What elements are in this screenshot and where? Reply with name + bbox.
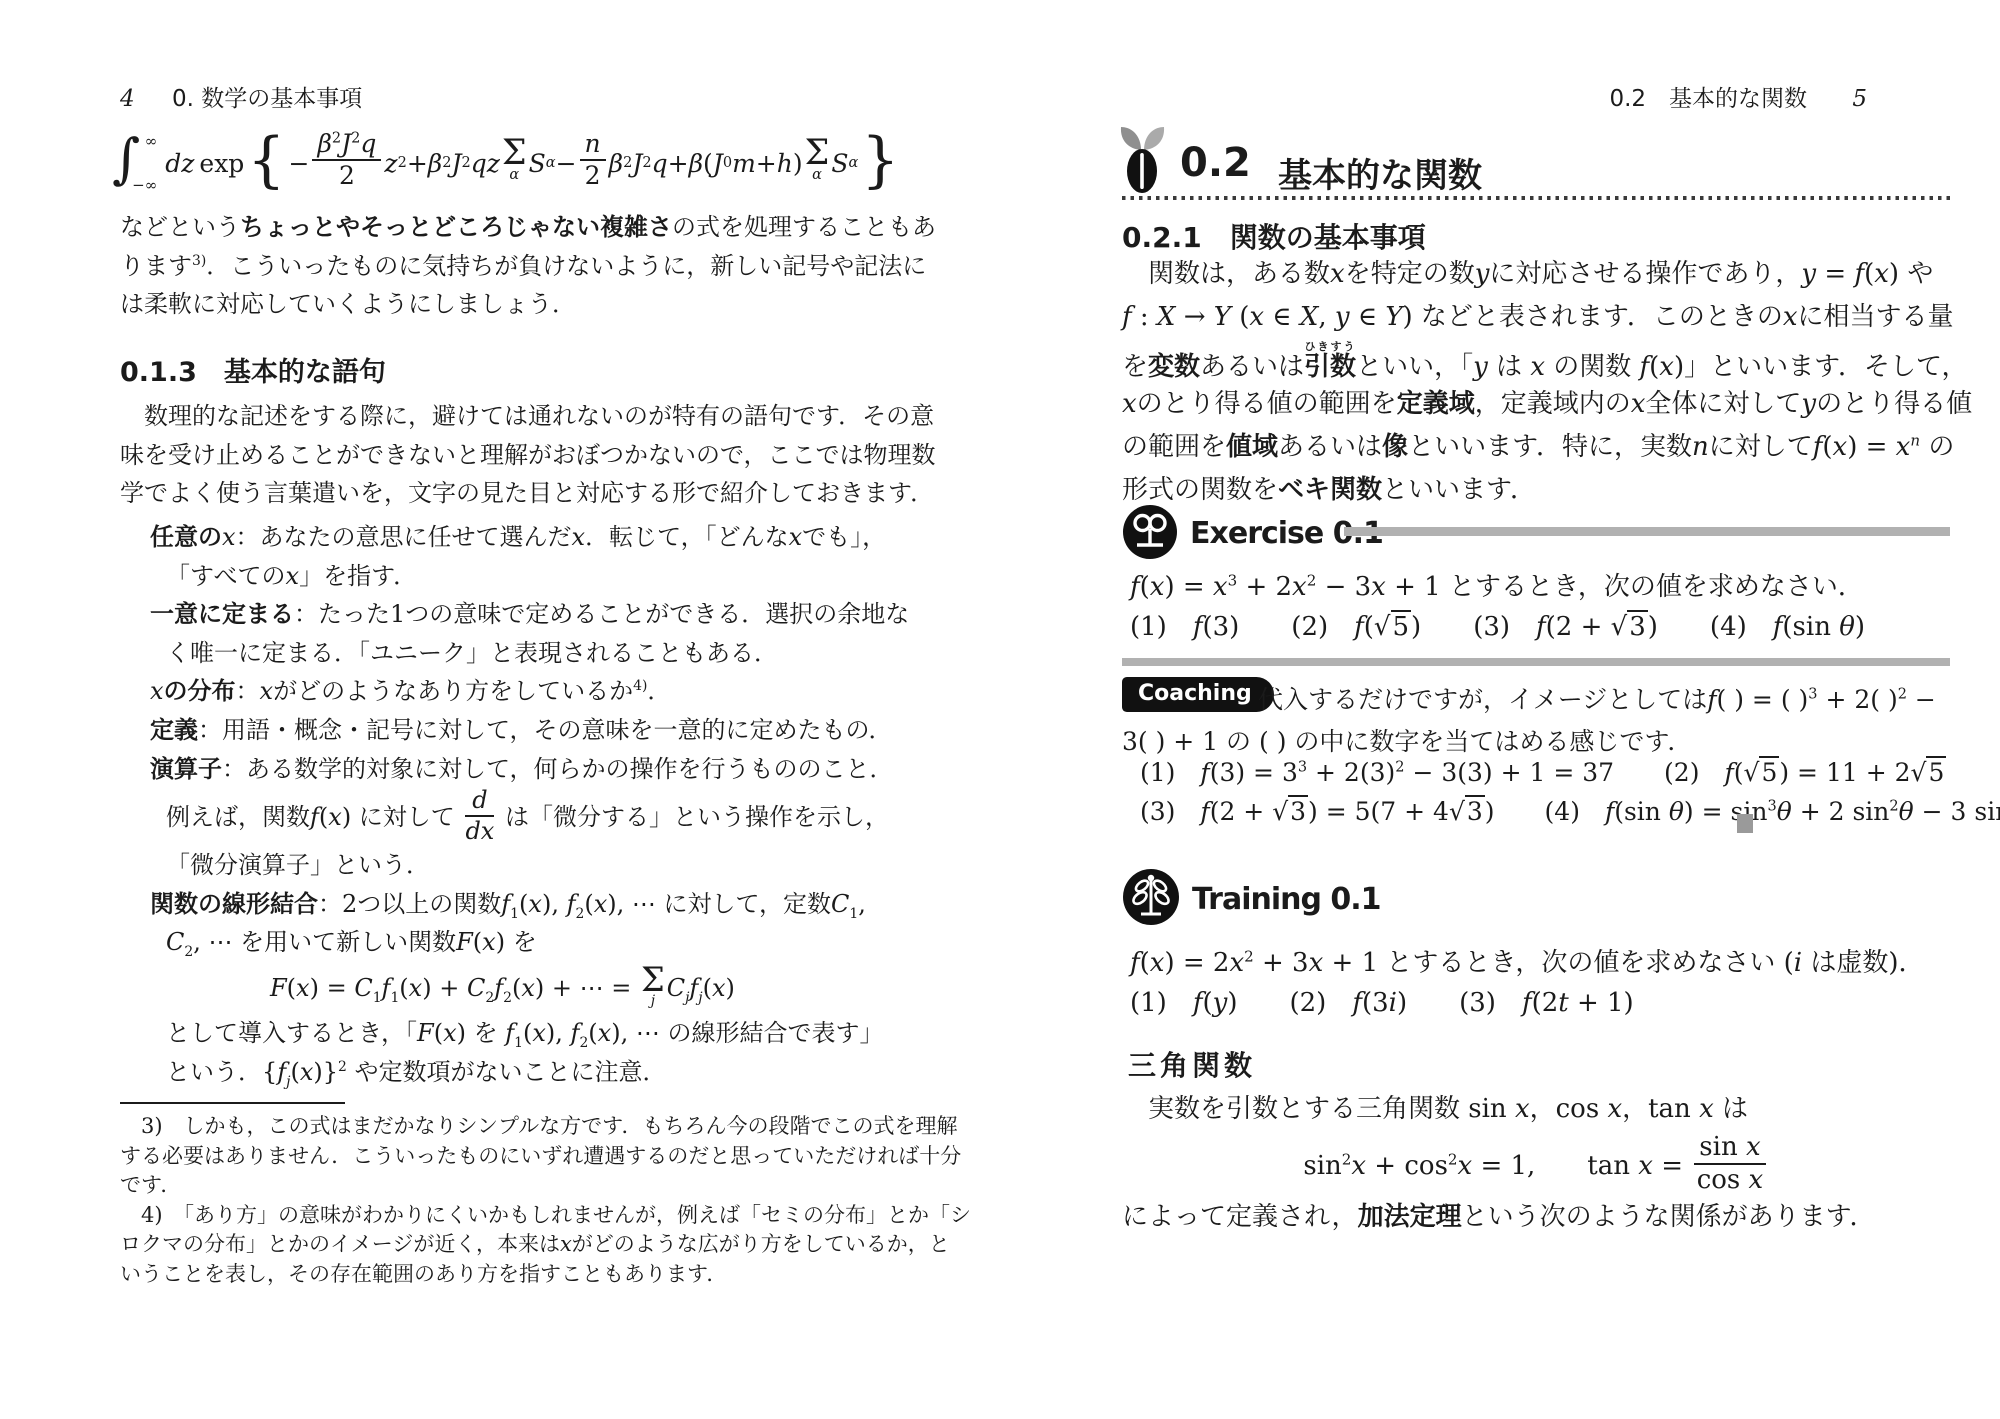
- section-dotted-rule: [1122, 196, 1950, 200]
- definition-list: 任意のx：あなたの意思に任せて選んだx．転じて，「どんなxでも」， 「すべてのx…: [120, 518, 909, 1091]
- coaching-pill: Coaching: [1122, 677, 1274, 712]
- section-number: 0.2: [1180, 140, 1251, 186]
- footnote-line: 3) しかも，この式はまだかなりシンプルな方です．もちろん今の段階でこの式を理解: [120, 1112, 971, 1142]
- paragraph-terms-intro: 数理的な記述をする際に，避けては通れないのが特有の語句です．その意 味を受け止め…: [120, 397, 936, 513]
- text-line: 関数は，ある数xを特定の数yに対応させる操作であり，y = f(x) や: [1122, 253, 1972, 296]
- running-head-right: 0.2 基本的な関数 5: [1609, 80, 1867, 113]
- training-items: (1) f(y) (2) f(3i) (3) f(2t + 1): [1130, 982, 1634, 1025]
- coaching-line: 代入するだけですが，イメージとしてはf( ) = ( )3 + 2( )2 −: [1258, 680, 1936, 720]
- running-head-right-title: 0.2 基本的な関数: [1609, 86, 1807, 112]
- book-spread: 4 0. 数学の基本事項 ∫∞−∞dz exp{−β2J2q2z2 + β2J2…: [0, 0, 2000, 1419]
- training-label: Training 0.1: [1192, 882, 1381, 917]
- plant-icon: [1122, 868, 1180, 930]
- definition-example: 例えば，関数f(x) に対して ddx は「微分する」という操作を示し，: [166, 788, 909, 846]
- seedling-icon: [1122, 504, 1178, 564]
- text-line: の範囲を値域あるいは像といいます．特に，実数nに対してf(x) = xn の: [1122, 426, 1972, 469]
- page-number-right: 5: [1852, 86, 1867, 112]
- coaching-answer-line: (1) f(3) = 33 + 2(3)2 − 3(3) + 1 = 37 (2…: [1140, 753, 1946, 793]
- text-line: 形式の関数をベキ関数といいます．: [1122, 469, 1972, 512]
- text-line: 学でよく使う言葉遣いを，文字の見た目と対応する形で紹介しておきます．: [120, 474, 936, 513]
- footnote-line: 4) 「あり方」の意味がわかりにくいかもしれませんが，例えば「セミの分布」とか「…: [120, 1201, 971, 1231]
- text-line: などというちょっとやそっとどころじゃない複雑さの式を処理することもあ: [120, 208, 936, 247]
- footnote-line: ロクマの分布」とかのイメージが近く，本来はxがどのような広がり方をしているか，と: [120, 1230, 971, 1260]
- definition-cont: C2, ⋯ を用いて新しい関数F(x) を: [166, 923, 909, 962]
- training-problem: f(x) = 2x2 + 3x + 1 とするとき，次の値を求めなさい (i は…: [1130, 942, 1925, 985]
- trig-intro: 実数を引数とする三角関数 sin x，cos x，tan x は: [1122, 1088, 1748, 1131]
- definition-cont: として導入するとき，「F(x) を f1(x), f2(x), ⋯ の線形結合で…: [166, 1014, 909, 1053]
- definition-term: 演算子：ある数学的対象に対して，何らかの操作を行うもののこと．: [150, 750, 909, 789]
- definition-term: 一意に定まる：たった1つの意味で定めることができる．選択の余地な: [150, 595, 909, 634]
- footnote-line: いうことを表し，その存在範囲のあり方を指すこともあります．: [120, 1260, 971, 1290]
- footnotes: 3) しかも，この式はまだかなりシンプルな方です．もちろん今の段階でこの式を理解…: [120, 1112, 971, 1290]
- coaching-divider: [1122, 658, 1950, 666]
- end-of-solution-marker: [1737, 814, 1753, 833]
- definition-cont: く唯一に定まる．「ユニーク」と表現されることもある．: [166, 634, 909, 673]
- integral-display-formula: ∫∞−∞dz exp{−β2J2q2z2 + β2J2qzΣαSα − n2β2…: [112, 118, 922, 208]
- trig-outro: によって定義され，加法定理という次のような関係があります．: [1122, 1196, 1876, 1239]
- footnote-line: する必要はありません．こういったものにいずれ遭遇するのだと思っていただければ十分: [120, 1142, 971, 1172]
- definition-term: 関数の線形結合：2つ以上の関数f1(x), f2(x), ⋯ に対して，定数C1…: [150, 885, 909, 924]
- linear-combination-formula: F(x) = C1f1(x) + C2f2(x) + ⋯ = ΣjCjfj(x): [270, 962, 909, 1014]
- definition-term: 定義：用語・概念・記号に対して，その意味を一意的に定めたもの．: [150, 711, 909, 750]
- trig-heading: 三角関数: [1128, 1044, 1256, 1084]
- text-line: 味を受け止めることができないと理解がおぼつかないので，ここでは物理数: [120, 436, 936, 475]
- definition-term: 任意のx：あなたの意思に任せて選んだx．転じて，「どんなxでも」，: [150, 518, 909, 557]
- definition-cont: という．{fj(x)}2 や定数項がないことに注意．: [166, 1053, 909, 1092]
- footnote-line: です．: [120, 1171, 971, 1201]
- heading-0-2-1: 0.2.1 関数の基本事項: [1122, 216, 1426, 256]
- exercise-problem: f(x) = x3 + 2x2 − 3x + 1 とするとき，次の値を求めなさい…: [1130, 566, 1864, 609]
- running-head-left: 4 0. 数学の基本事項: [120, 80, 362, 113]
- sprout-icon: [1117, 116, 1169, 198]
- text-line: は柔軟に対応していくようにしましょう．: [120, 285, 936, 324]
- paragraph-function-basics: 関数は，ある数xを特定の数yに対応させる操作であり，y = f(x) や f :…: [1122, 253, 1972, 513]
- text-line: xのとり得る値の範囲を定義域，定義域内のx全体に対してyのとり得る値: [1122, 383, 1972, 426]
- footnote-rule: [120, 1102, 345, 1104]
- coaching-answer-line: (3) f(2 + √3) = 5(7 + 4√3) (4) f(sin θ) …: [1140, 792, 2000, 832]
- definition-cont: 「すべてのx」を指す．: [166, 557, 909, 596]
- text-line: f : X → Y (x ∈ X, y ∈ Y) などと表されます．このときのx…: [1122, 296, 1972, 339]
- paragraph-notation: などというちょっとやそっとどころじゃない複雑さの式を処理することもあ ります3)…: [120, 208, 936, 324]
- definition-cont: 「微分演算子」という．: [166, 846, 909, 885]
- text-line: ります3)．こういったものに気持ちが負けないように，新しい記号や記法に: [120, 247, 936, 286]
- exercise-items: (1) f(3) (2) f(√5) (3) f(2 + √3) (4) f(s…: [1130, 606, 1865, 649]
- text-line: を変数あるいは引数ひきすうといい，「y は x の関数 f(x)」といいます．そ…: [1122, 340, 1972, 383]
- exercise-rule: [1344, 527, 1950, 536]
- trig-identity-formula: sin2x + cos2x = 1, tan x = sin xcos x: [1122, 1128, 1950, 1204]
- text-line: 数理的な記述をする際に，避けては通れないのが特有の語句です．その意: [120, 397, 936, 436]
- definition-term: xの分布：xがどのようなあり方をしているか4)．: [150, 672, 909, 711]
- page-number-left: 4: [120, 86, 135, 112]
- section-title: 基本的な関数: [1278, 148, 1482, 197]
- heading-0-1-3: 0.1.3 基本的な語句: [120, 350, 386, 389]
- running-head-left-title: 0. 数学の基本事項: [172, 86, 362, 112]
